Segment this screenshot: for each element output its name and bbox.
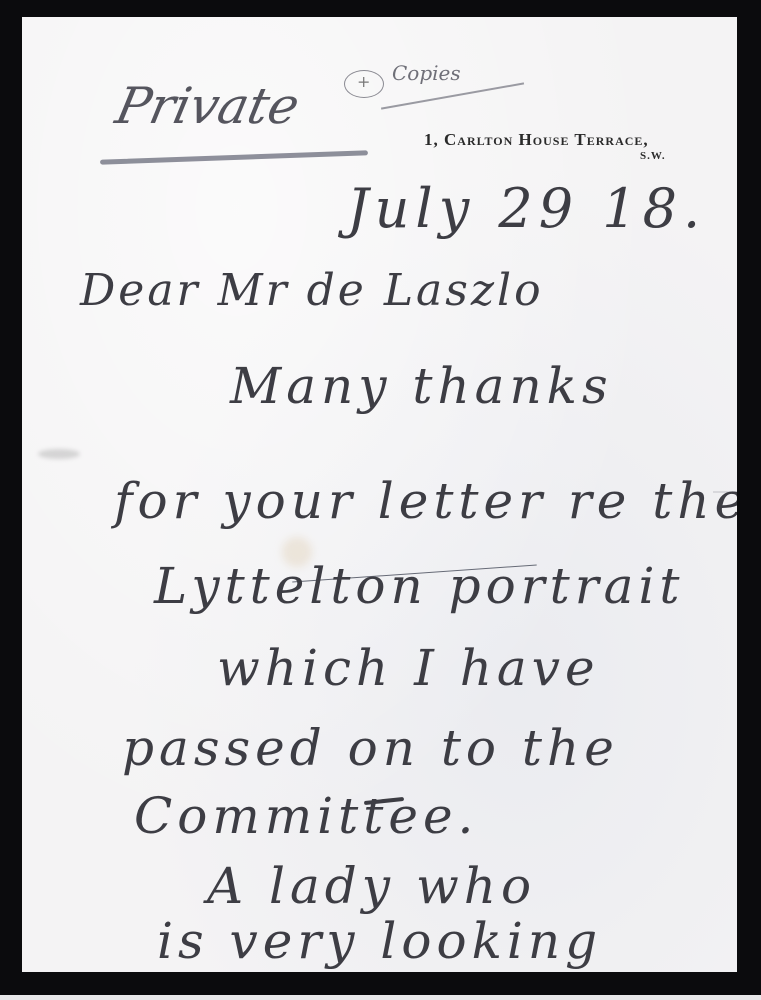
body-line: is very looking bbox=[157, 912, 602, 970]
body-line: Committee. bbox=[134, 787, 478, 845]
copies-underline bbox=[381, 82, 524, 109]
body-line: for your letter re the bbox=[114, 472, 737, 530]
body-line: A lady who bbox=[207, 857, 536, 915]
paper-smudge bbox=[38, 449, 80, 459]
private-annotation: Private bbox=[111, 77, 305, 135]
circled-mark-icon: + bbox=[344, 70, 384, 98]
private-underline bbox=[100, 150, 368, 164]
letterhead-address: 1, Carlton House Terrace, bbox=[424, 130, 649, 150]
black-mat-border: Private + Copies 1, Carlton House Terrac… bbox=[0, 0, 761, 995]
salutation: Dear Mr de Laszlo bbox=[80, 265, 544, 316]
letter-date: July 29 18. bbox=[347, 177, 706, 240]
letterhead-postcode: S.W. bbox=[640, 150, 666, 162]
body-line: which I have bbox=[217, 639, 600, 697]
circled-mark-text: + bbox=[357, 72, 370, 91]
body-line: Lyttelton portrait bbox=[154, 557, 685, 615]
letter-page: Private + Copies 1, Carlton House Terrac… bbox=[22, 17, 737, 972]
body-line: Many thanks bbox=[230, 357, 613, 415]
copies-annotation: Copies bbox=[392, 61, 461, 85]
body-line: passed on to the bbox=[122, 719, 619, 777]
